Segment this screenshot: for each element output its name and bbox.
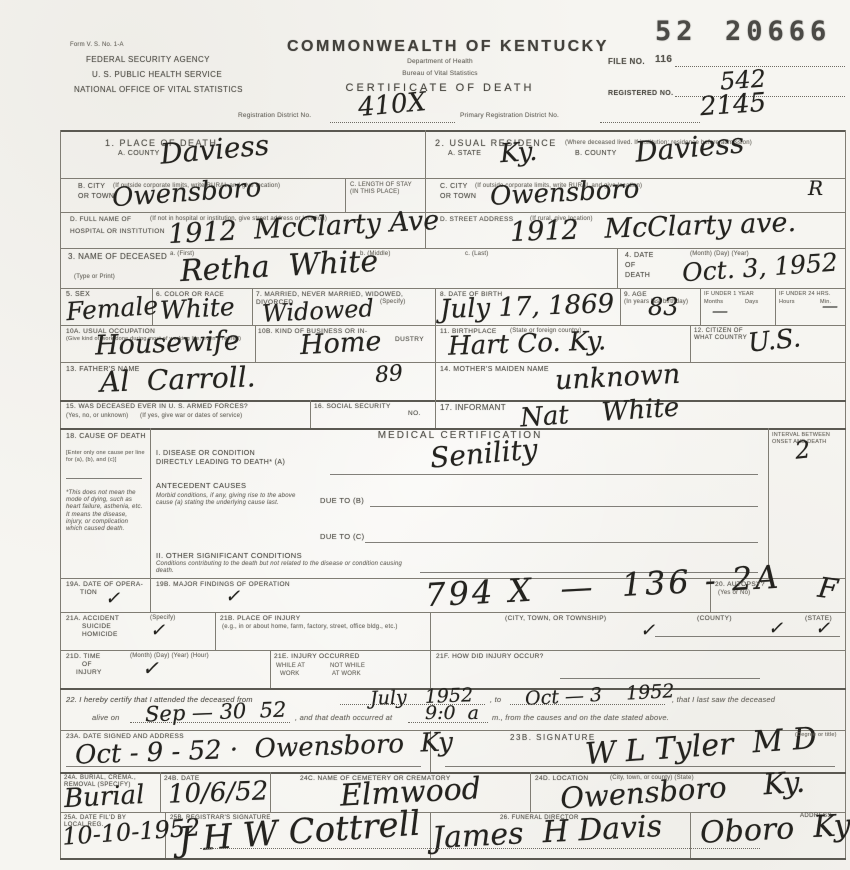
grid-line (435, 362, 436, 400)
age-label: 9. AGE (624, 291, 647, 299)
not-while-at-work-label: NOT WHILE (330, 663, 365, 670)
autopsy-note: (Yes or No) (718, 590, 750, 597)
district-line (330, 122, 455, 123)
birthplace-value: Hart Co. Ky. (448, 328, 607, 360)
residence-title: 2. USUAL RESIDENCE (435, 138, 557, 149)
primary-district-value: 2145 (699, 90, 767, 121)
other-conditions-label: II. OTHER SIGNIFICANT CONDITIONS (156, 551, 302, 560)
burial-type-value: Burial (63, 782, 145, 812)
pod-length-of-stay-label: c. LENGTH OF STAY (In this place) (350, 182, 422, 196)
res-state-label: a. STATE (448, 150, 481, 159)
registration-district-value: 410X (357, 89, 427, 121)
grid-line (435, 288, 436, 325)
dept-of-health: Department of Health (370, 58, 510, 66)
name-last-label: c. (Last) (465, 251, 488, 258)
armed-forces-note-1: (Yes, no, or unknown) (66, 413, 128, 420)
grid-line (60, 650, 846, 651)
while-at-work-label-2: WORK (280, 671, 299, 678)
grid-line (435, 325, 436, 362)
citizen-label-2: WHAT COUNTRY (694, 335, 747, 343)
race-value: White (159, 294, 235, 323)
date-of-death-label: 4. DATE OF DEATH (625, 251, 659, 280)
grid-line (345, 178, 346, 212)
burial-date-value: 10/6/52 (168, 778, 269, 807)
autopsy-mark: F (816, 574, 839, 604)
pod-city-label: b. CITY (78, 183, 105, 192)
res-street-value: 1912 McClarty ave. (510, 209, 797, 246)
due-to-b-line (370, 506, 758, 507)
accident-label-2: SUICIDE (82, 623, 111, 631)
marital-note: (Specify) (380, 299, 405, 306)
registered-no-label: REGISTERED NO. (608, 90, 674, 99)
name-label-note: (Type or Print) (74, 274, 115, 281)
time-of-injury-label-2: OF (82, 661, 92, 669)
armed-forces-note-2: (If yes, give war or dates of service) (140, 413, 242, 420)
occupation-value: Housewife (95, 327, 241, 359)
file-no-value: 116 (655, 54, 672, 67)
injury-city-label: (CITY, TOWN, OR TOWNSHIP) (505, 615, 607, 623)
business-label-2: DUSTRY (395, 336, 424, 344)
accident-label: 21a. ACCIDENT (66, 615, 119, 623)
autopsy-label: 20. AUTOPSY? (715, 581, 765, 589)
grid-line (150, 578, 151, 612)
hours-label: Hours (779, 299, 795, 306)
res-county-value: Daviess (634, 129, 745, 166)
res-state-value: Ky. (499, 139, 538, 168)
mother-label: 14. MOTHER'S MAIDEN NAME (440, 366, 549, 375)
ssn-label-2: NO. (408, 410, 421, 418)
informant-label: 17. INFORMANT (440, 403, 506, 413)
certify-time-value: 9:0 a (425, 704, 479, 723)
pod-county-label: a. COUNTY (118, 150, 160, 159)
disease-label-1: I. DISEASE OR CONDITION (156, 450, 255, 459)
grid-line (160, 772, 161, 812)
grid-line (270, 650, 271, 688)
under1-label: IF UNDER 1 YEAR (704, 291, 754, 298)
primary-district-line (600, 122, 700, 123)
grid-line (270, 772, 271, 812)
grid-line (60, 858, 846, 860)
other-conditions-note: Conditions contributing to the death but… (156, 561, 416, 575)
due-to-c-label: DUE TO (c) (320, 532, 365, 541)
grid-line (60, 325, 846, 326)
findings-mark: ✓ (225, 588, 240, 606)
cause-label-note: [Enter only one cause per line for (a), … (66, 450, 146, 463)
res-city-mark: R (808, 178, 823, 198)
grid-line (775, 288, 776, 325)
under24-dash: — (822, 298, 838, 314)
how-injury-line (560, 678, 760, 679)
grid-line (215, 612, 216, 650)
grid-line (430, 650, 431, 688)
form-number: Form V. S. No. 1-A (70, 42, 124, 49)
days-label: Days (745, 299, 758, 306)
mother-value: unknown (554, 361, 681, 395)
res-city-or-town: OR TOWN (440, 193, 476, 202)
certify-line2b: , and that death occurred at (295, 713, 392, 722)
grid-line (620, 288, 621, 325)
due-to-b-label: DUE TO (b) (320, 496, 364, 505)
certify-alive-line (130, 722, 290, 723)
grid-line (617, 248, 618, 288)
cause-a-value: Senility (429, 435, 539, 472)
agency-line-2: U. S. PUBLIC HEALTH SERVICE (92, 70, 222, 80)
grid-line (690, 812, 691, 858)
grid-line (435, 400, 436, 428)
agency-line-3: NATIONAL OFFICE OF VITAL STATISTICS (74, 85, 243, 95)
res-street-label: d. STREET ADDRESS (440, 216, 514, 224)
grid-line (530, 772, 531, 812)
time-of-injury-mark: ✓ (142, 658, 159, 678)
stamp-year: 52 (655, 16, 698, 47)
certify-to-line (510, 704, 665, 705)
funeral-director-address-value: Oboro Ky (699, 811, 850, 849)
under1-dash: — (712, 303, 728, 319)
how-did-injury-occur-label: 21f. HOW DID INJURY OCCUR? (436, 653, 544, 661)
res-city-value: Owensboro (489, 176, 640, 210)
father-value: Al Carroll. (100, 363, 256, 396)
operation-date-mark: ✓ (105, 590, 120, 608)
grid-line (768, 428, 769, 578)
cause-a-line (330, 474, 758, 475)
registration-district-label: Registration District No. (238, 112, 311, 120)
degree-or-title-note: (Degree or title) (795, 732, 837, 739)
antecedent-causes-label: ANTECEDENT CAUSES (156, 481, 246, 490)
marital-value: Widowed (261, 296, 374, 326)
citizen-value: U.S. (747, 325, 802, 356)
res-county-label: b. COUNTY (575, 150, 617, 159)
while-at-work-label: WHILE AT (276, 663, 305, 670)
date-of-operation-label-2: TION (80, 589, 97, 597)
injury-county-label: (COUNTY) (697, 615, 732, 623)
primary-district-label: Primary Registration District No. (460, 112, 559, 120)
dob-value: July 17, 1869 (440, 291, 615, 323)
business-value: Home (299, 328, 382, 359)
armed-forces-label: 15. WAS DECEASED EVER IN U. S. ARMED FOR… (66, 403, 306, 411)
grid-line (310, 400, 311, 428)
certify-line1c: , that I last saw the deceased (672, 695, 775, 704)
grid-line (60, 288, 846, 289)
grid-line (700, 288, 701, 325)
pod-institution-label: HOSPITAL OR INSTITUTION (70, 228, 165, 236)
bureau-vital-statistics: Bureau of Vital Statistics (355, 70, 525, 78)
certify-line2c: m., from the causes and on the date stat… (492, 713, 669, 722)
pod-city-value: Owensboro (111, 175, 262, 211)
time-of-injury-label-3: INJURY (76, 669, 102, 677)
commonwealth-title: COMMONWEALTH OF KENTUCKY (287, 38, 609, 56)
place-of-injury-note: (e.g., in or about home, farm, factory, … (222, 624, 412, 631)
age-value: 83 (648, 295, 679, 319)
cause-of-death-label: 18. CAUSE OF DEATH (66, 433, 146, 442)
father-stray-mark: 89 (374, 363, 404, 387)
cause-footnote: *This does not mean the mode of dying, s… (66, 490, 146, 533)
pod-city-or-town: OR TOWN (78, 193, 114, 202)
res-city-label: c. CITY (440, 183, 468, 192)
not-while-at-work-label-2: AT WORK (332, 671, 361, 678)
grid-line (255, 325, 256, 362)
grid-line (430, 812, 431, 858)
injury-city-mark: ✓ (640, 622, 655, 640)
name-label: 3. NAME OF DECEASED (68, 252, 167, 262)
sex-value: Female (65, 293, 159, 324)
death-certificate-scan: 52 20666 Form V. S. No. 1-A FEDERAL SECU… (0, 0, 850, 870)
cause-divider (66, 478, 142, 479)
grid-line (60, 812, 846, 813)
certify-line2a: alive on (92, 713, 119, 722)
date-signed-line (66, 766, 421, 767)
grid-line (690, 325, 691, 362)
grid-line (60, 400, 846, 402)
grid-line (252, 288, 253, 325)
injury-occurred-label: 21e. INJURY OCCURRED (274, 653, 360, 661)
accident-label-3: HOMICIDE (82, 631, 118, 639)
grid-line (845, 130, 846, 858)
place-of-injury-label: 21b. PLACE OF INJURY (220, 615, 301, 623)
file-no-label: FILE NO. (608, 57, 645, 67)
grid-line (60, 130, 61, 858)
ssn-label: 16. SOCIAL SECURITY (314, 403, 391, 411)
pod-address-value: 1912 McClarty Ave (167, 207, 439, 248)
pod-fullname-label: d. FULL NAME OF (70, 216, 131, 224)
stamp-serial: 20666 (725, 16, 831, 47)
name-value: Retha White (179, 247, 379, 287)
time-of-injury-label: 21d. TIME (66, 653, 101, 661)
certify-line1b: , to (490, 695, 501, 704)
certify-time-line (408, 722, 488, 723)
antecedent-note: Morbid conditions, if any, giving rise t… (156, 493, 311, 507)
burial-location-value: Owensboro Ky. (559, 767, 806, 813)
disease-label-2: DIRECTLY LEADING TO DEATH* (a) (156, 459, 285, 468)
agency-line-1: FEDERAL SECURITY AGENCY (86, 55, 210, 65)
accident-mark: ✓ (150, 622, 165, 640)
grid-line (430, 612, 431, 650)
interval-value: 2 (794, 437, 812, 462)
due-to-c-line (365, 542, 758, 543)
major-findings-label: 19b. MAJOR FINDINGS OF OPERATION (156, 581, 290, 589)
grid-line (150, 428, 151, 578)
certify-from-line (340, 704, 485, 705)
pod-county-value: Daviess (159, 131, 270, 168)
filed-row-line (200, 848, 760, 849)
injury-line (655, 636, 840, 637)
signature-label: 23b. SIGNATURE (510, 733, 596, 743)
